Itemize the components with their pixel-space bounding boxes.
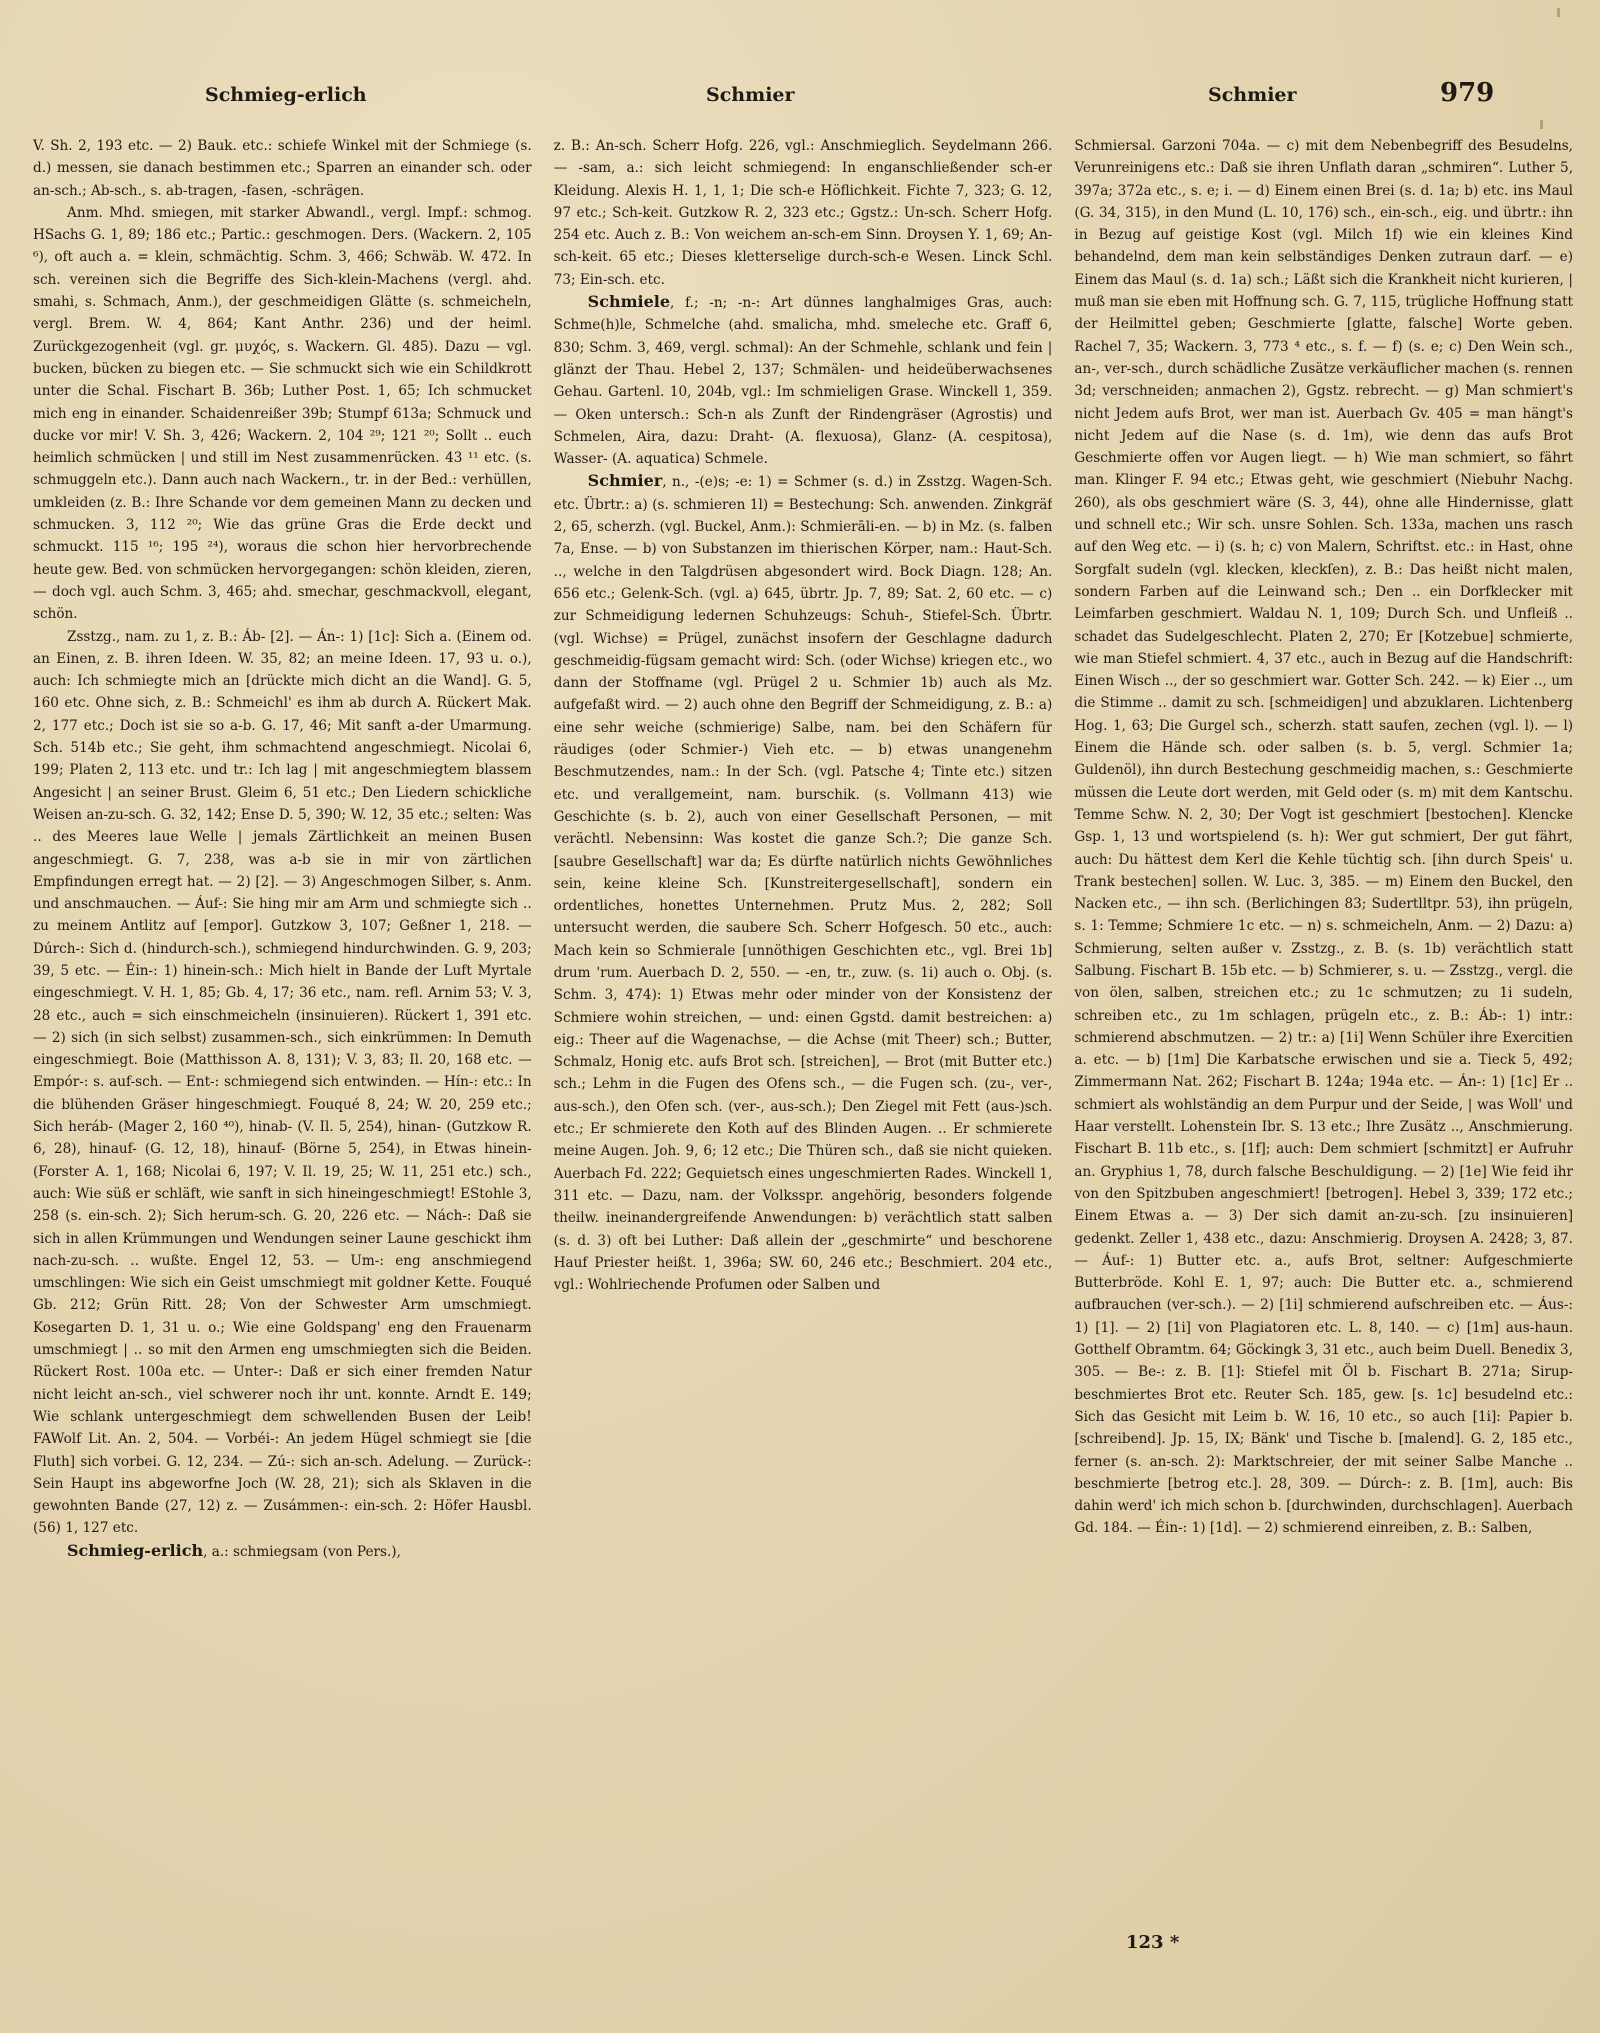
entry-continuation: V. Sh. 2, 193 etc. — 2) Bauk. etc.: schi… bbox=[33, 135, 532, 202]
entry-text: , a.: schmiegsam (von Pers.), bbox=[203, 1544, 401, 1560]
entry-note: Anm. Mhd. smiegen, mit starker Abwandl.,… bbox=[33, 202, 532, 626]
dictionary-columns: V. Sh. 2, 193 etc. — 2) Bauk. etc.: schi… bbox=[33, 135, 1573, 1915]
headword: Schmieg-erlich bbox=[67, 1541, 203, 1560]
middle-guide-word: Schmier bbox=[706, 84, 795, 106]
left-guide-word: Schmieg-erlich bbox=[205, 84, 367, 106]
headword: Schmiele bbox=[588, 292, 670, 311]
scan-artifact bbox=[1557, 8, 1560, 17]
running-header: Schmieg-erlich Schmier Schmier 979 bbox=[0, 78, 1600, 118]
entry-continuation: Schmiersal. Garzoni 704a. — c) mit dem N… bbox=[1074, 135, 1573, 1540]
entry-schmier: Schmier, n., -(e)s; -e: 1) = Schmer (s. … bbox=[554, 470, 1053, 1296]
headword: Schmier bbox=[588, 471, 663, 490]
entry-text: , n., -(e)s; -e: 1) = Schmer (s. d.) in … bbox=[554, 474, 1053, 1293]
entry-schmiele: Schmiele, f.; -n; -n-: Art dünnes langha… bbox=[554, 291, 1053, 470]
column-right: Schmiersal. Garzoni 704a. — c) mit dem N… bbox=[1074, 135, 1573, 1915]
column-middle: z. B.: An-sch. Scherr Hofg. 226, vgl.: A… bbox=[554, 135, 1053, 1915]
scan-artifact bbox=[1540, 120, 1543, 129]
entry-continuation: z. B.: An-sch. Scherr Hofg. 226, vgl.: A… bbox=[554, 135, 1053, 291]
entry-compounds: Zsstzg., nam. zu 1, z. B.: Áb- [2]. — Án… bbox=[33, 626, 532, 1540]
signature-mark: 123 * bbox=[1126, 1932, 1179, 1953]
right-guide-word: Schmier bbox=[1208, 84, 1297, 106]
column-left: V. Sh. 2, 193 etc. — 2) Bauk. etc.: schi… bbox=[33, 135, 532, 1915]
page-number: 979 bbox=[1440, 78, 1494, 108]
entry-text: , f.; -n; -n-: Art dünnes langhalmiges G… bbox=[554, 295, 1053, 467]
entry-schmiegerlich: Schmieg-erlich, a.: schmiegsam (von Pers… bbox=[33, 1540, 532, 1563]
